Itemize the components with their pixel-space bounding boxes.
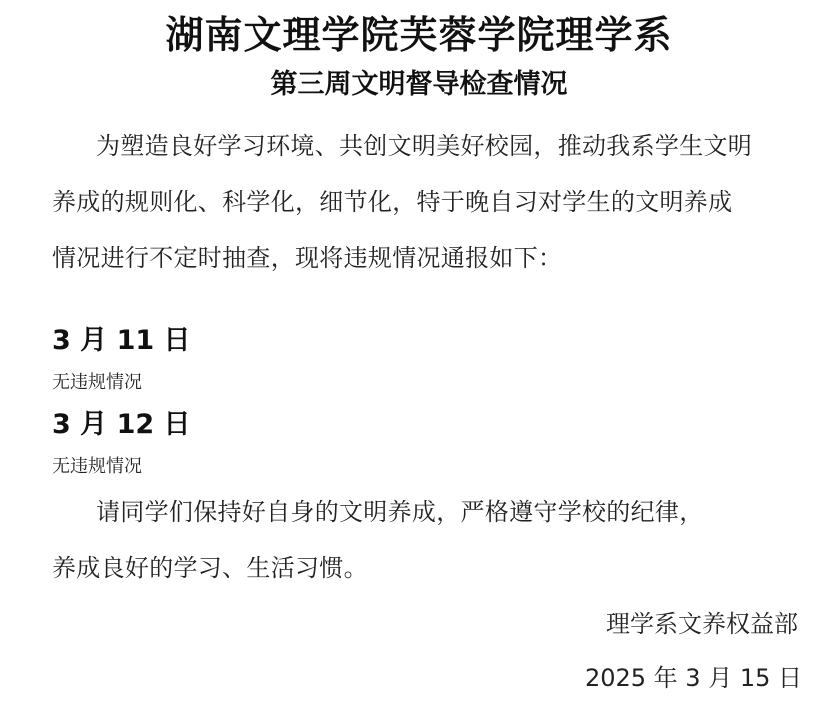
- closing-line-2: 养成良好的学习、生活习惯。: [52, 548, 368, 583]
- intro-line-3: 情况进行不定时抽查，现将违规情况通报如下：: [52, 238, 562, 273]
- closing-line-1: 请同学们保持好自身的文明养成，严格遵守学校的纪律，: [96, 492, 704, 527]
- record-status-1: 无违规情况: [52, 368, 142, 394]
- record-date-1: 3 月 11 日: [52, 318, 191, 357]
- signature-department: 理学系文养权益部: [606, 604, 798, 639]
- intro-line-1: 为塑造良好学习环境、共创文明美好校园，推动我系学生文明: [96, 126, 752, 161]
- record-status-2: 无违规情况: [52, 452, 142, 478]
- document-title: 湖南文理学院芙蓉学院理学系: [0, 4, 838, 59]
- record-date-2: 3 月 12 日: [52, 402, 191, 441]
- intro-line-2: 养成的规则化、科学化，细节化，特于晚自习对学生的文明养成: [52, 182, 732, 217]
- document-subtitle: 第三周文明督导检查情况: [0, 62, 838, 101]
- signature-date: 2025 年 3 月 15 日: [585, 658, 802, 693]
